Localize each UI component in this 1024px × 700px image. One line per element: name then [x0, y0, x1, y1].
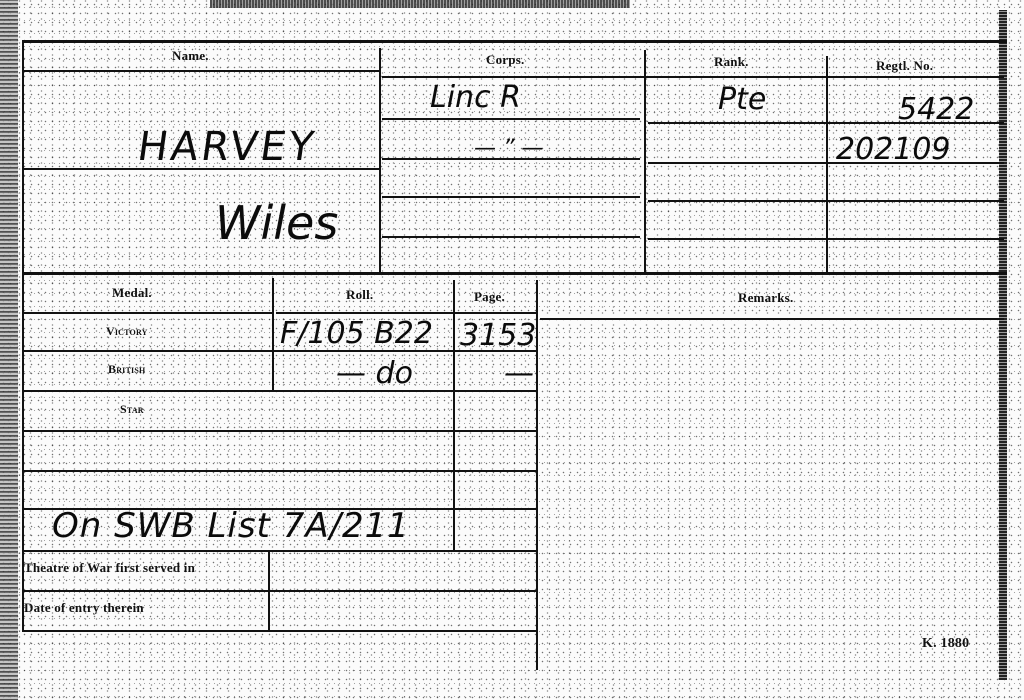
rule: [22, 312, 272, 314]
corps-ditto-entry: — ” —: [474, 136, 543, 161]
remarks-header: Remarks.: [738, 290, 793, 306]
rule: [272, 278, 274, 390]
victory-page-entry: 3153: [460, 318, 536, 353]
rule: [379, 48, 381, 272]
rule: [22, 630, 536, 632]
roll-header: Roll.: [346, 287, 373, 303]
medal-star-label: Star: [120, 402, 144, 417]
rule: [22, 70, 380, 72]
regtl-no-entry-2: 202109: [836, 132, 951, 167]
rule: [22, 470, 536, 472]
rule: [644, 50, 646, 272]
rule: [22, 350, 536, 352]
rule: [540, 318, 1004, 320]
surname-entry: HARVEY: [135, 124, 320, 170]
form-number: K. 1880: [922, 636, 969, 652]
rank-entry: Pte: [718, 82, 766, 117]
rule: [22, 430, 536, 432]
rule: [22, 590, 536, 592]
medal-british-label: British: [108, 362, 145, 377]
rule: [382, 196, 640, 198]
corps-entry: Linc R: [430, 80, 521, 115]
scan-edge-top: [210, 0, 630, 8]
rank-header: Rank.: [714, 54, 749, 70]
theatre-label: Theatre of War first served in: [24, 560, 195, 576]
british-page-entry: —: [504, 356, 534, 391]
regtl-no-header: Regtl. No.: [876, 58, 933, 74]
rule: [382, 236, 640, 238]
medal-header: Medal.: [112, 285, 152, 301]
scan-edge-left: [0, 0, 18, 700]
rule-section-divider: [22, 272, 1007, 275]
rule-left: [22, 40, 24, 632]
rule-top: [22, 40, 1007, 43]
swb-list-note: On SWB List 7A/211: [52, 506, 410, 546]
regtl-no-entry-1: 5422: [898, 92, 974, 127]
corps-header: Corps.: [486, 52, 524, 68]
rule: [382, 76, 1004, 78]
medal-index-card: Name. Corps. Rank. Regtl. No. HARVEY Wil…: [0, 0, 1024, 700]
rule: [826, 56, 828, 272]
rule: [453, 280, 455, 550]
rule: [22, 550, 536, 552]
victory-roll-entry: F/105 B22: [280, 316, 433, 351]
page-header: Page.: [474, 289, 505, 305]
rule: [382, 118, 640, 120]
entry-date-label: Date of entry therein: [24, 600, 144, 616]
name-header: Name.: [172, 48, 209, 64]
rule: [268, 552, 270, 630]
forename-entry: Wiles: [215, 196, 338, 250]
rule: [276, 312, 536, 314]
medal-victory-label: Victory: [106, 324, 148, 339]
rule: [22, 390, 536, 392]
scan-edge-right: [999, 10, 1007, 680]
british-roll-entry: — do: [336, 356, 413, 391]
